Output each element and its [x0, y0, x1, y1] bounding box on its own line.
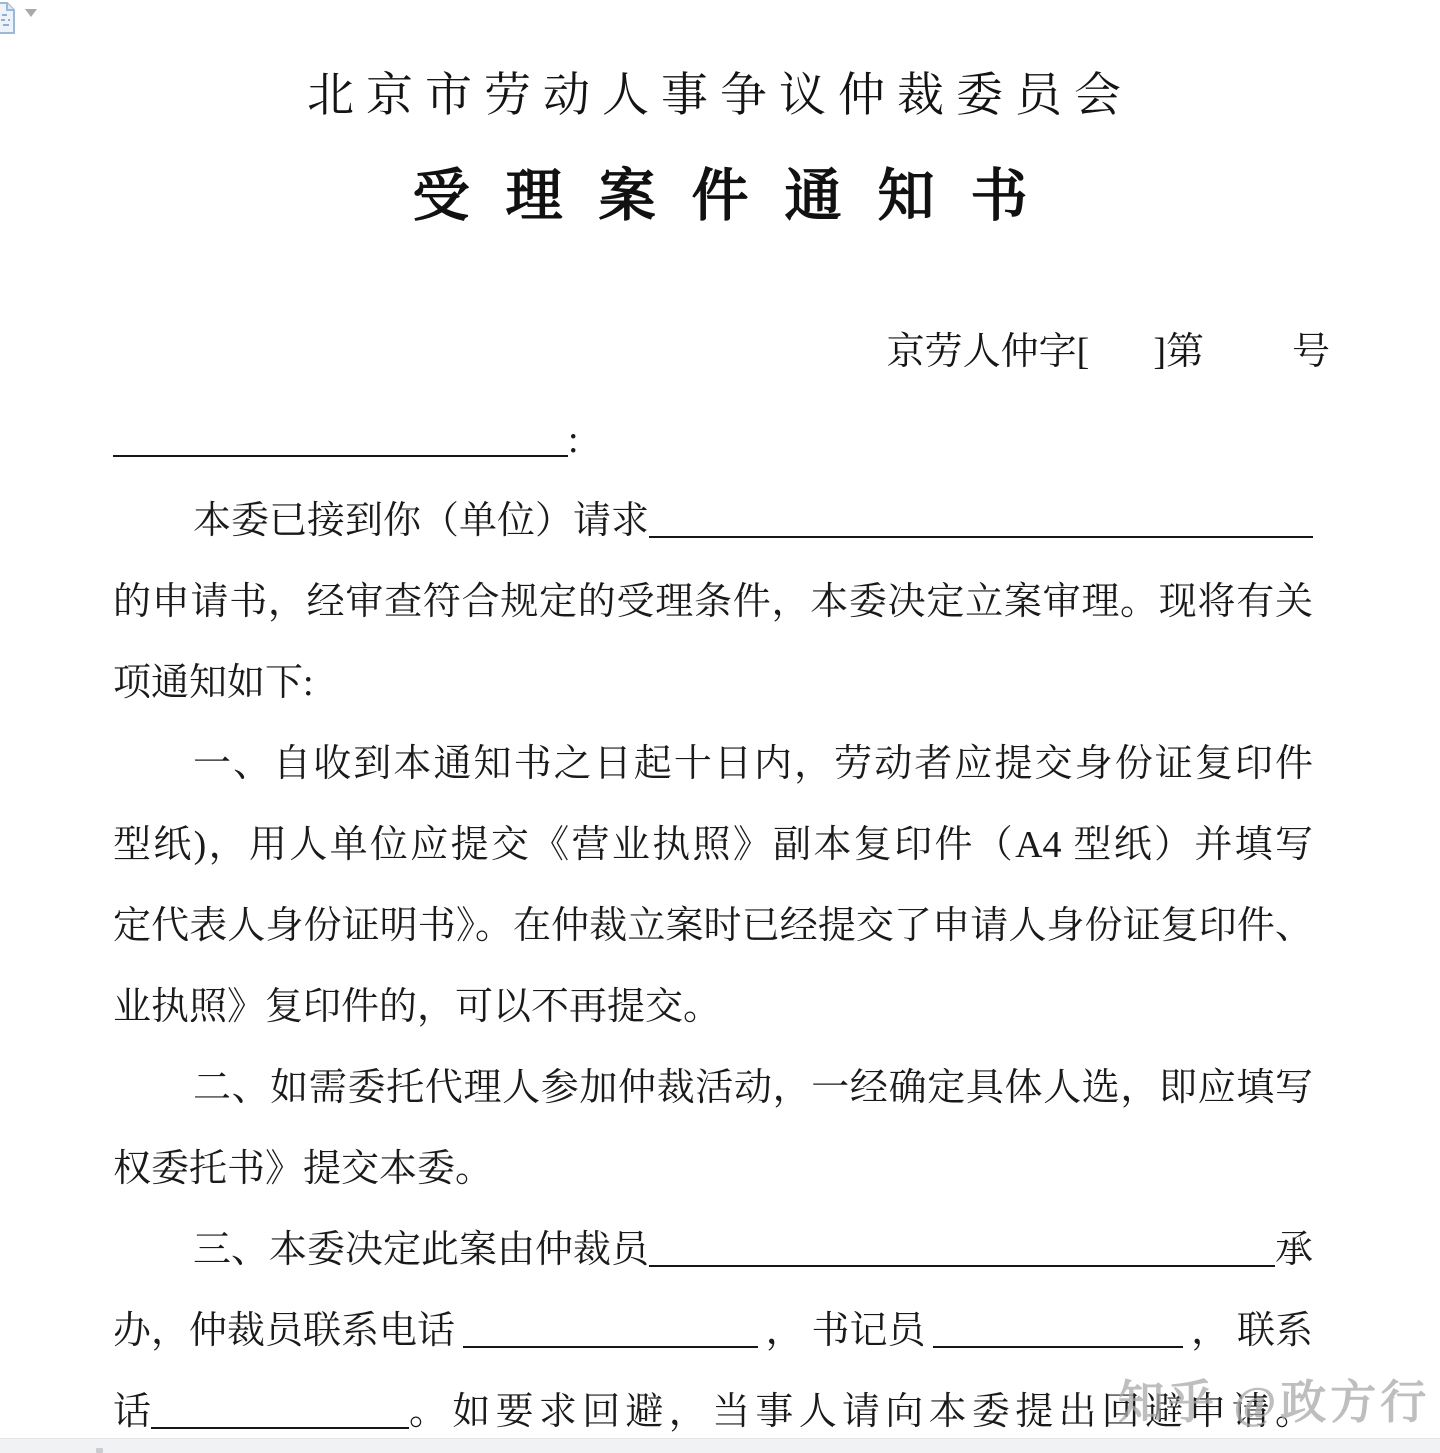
intro-line-3: 项通知如下:: [113, 643, 1313, 724]
partial-icon-artifact: [96, 1448, 103, 1453]
document-body: : 本委已接到你（单位）请求 的申请书，经审查符合规定的受理条件，本委决定立案审…: [113, 400, 1313, 1453]
item1-line-2: 型纸)，用人单位应提交《营业执照》副本复印件（A4 型纸）并填写《法: [113, 805, 1313, 886]
item3-text-pre: 三、本委决定此案由仲裁员: [193, 1210, 649, 1291]
item1-line-3: 定代表人身份证明书》。在仲裁立案时已经提交了申请人身份证复印件、《营: [113, 886, 1313, 967]
case-number-middle: ]第: [1153, 331, 1204, 373]
zhihu-watermark: 知乎 @政方行: [1118, 1366, 1430, 1432]
item2-line-2: 权委托书》提交本委。: [113, 1129, 1313, 1210]
case-number-suffix: 号: [1292, 331, 1330, 373]
item1-line-4: 业执照》复印件的，可以不再提交。: [113, 967, 1313, 1048]
comma-1: ，: [766, 1291, 804, 1372]
chevron-down-icon[interactable]: [25, 9, 37, 17]
word-page-icon[interactable]: [0, 2, 15, 39]
item3-text-post: 承: [1275, 1210, 1313, 1291]
intro-line-2: 的申请书，经审查符合规定的受理条件，本委决定立案审理。现将有关事: [113, 562, 1313, 643]
window-bottom-edge: [0, 1438, 1440, 1453]
arbitrator-phone-label: 办，仲裁员联系电话: [113, 1291, 455, 1372]
case-number-prefix: 京劳人仲字[: [887, 331, 1090, 373]
contact-label: 联系: [1237, 1291, 1313, 1372]
case-number-line: 京劳人仲字[]第号: [0, 320, 1330, 375]
clerk-name-blank: [933, 1346, 1183, 1348]
item2-line-1: 二、如需委托代理人参加仲裁活动，一经确定具体人选，即应填写《授: [113, 1048, 1313, 1129]
intro-line-1: 本委已接到你（单位）请求: [113, 481, 1313, 562]
organization-title: 北京市劳动人事争议仲裁委员会: [0, 58, 1440, 125]
addressee-blank: [113, 455, 568, 457]
document-title: 受理案件通知书: [18, 150, 1440, 232]
arbitrator-name-blank: [649, 1265, 1275, 1267]
clerk-label: 书记员: [811, 1291, 925, 1372]
request-blank: [649, 536, 1313, 538]
addressee-line: :: [113, 400, 1313, 481]
item1-line-1: 一、自收到本通知书之日起十日内，劳动者应提交身份证复印件（A4: [113, 724, 1313, 805]
clerk-phone-blank: [151, 1427, 409, 1429]
addressee-colon: :: [568, 419, 579, 461]
comma-2: ，: [1191, 1291, 1229, 1372]
item3-line-2: 办，仲裁员联系电话 ， 书记员 ， 联系: [113, 1291, 1313, 1372]
intro-text-1: 本委已接到你（单位）请求: [193, 481, 649, 562]
item3-line-1: 三、本委决定此案由仲裁员 承: [113, 1210, 1313, 1291]
arbitrator-phone-blank: [463, 1346, 758, 1348]
